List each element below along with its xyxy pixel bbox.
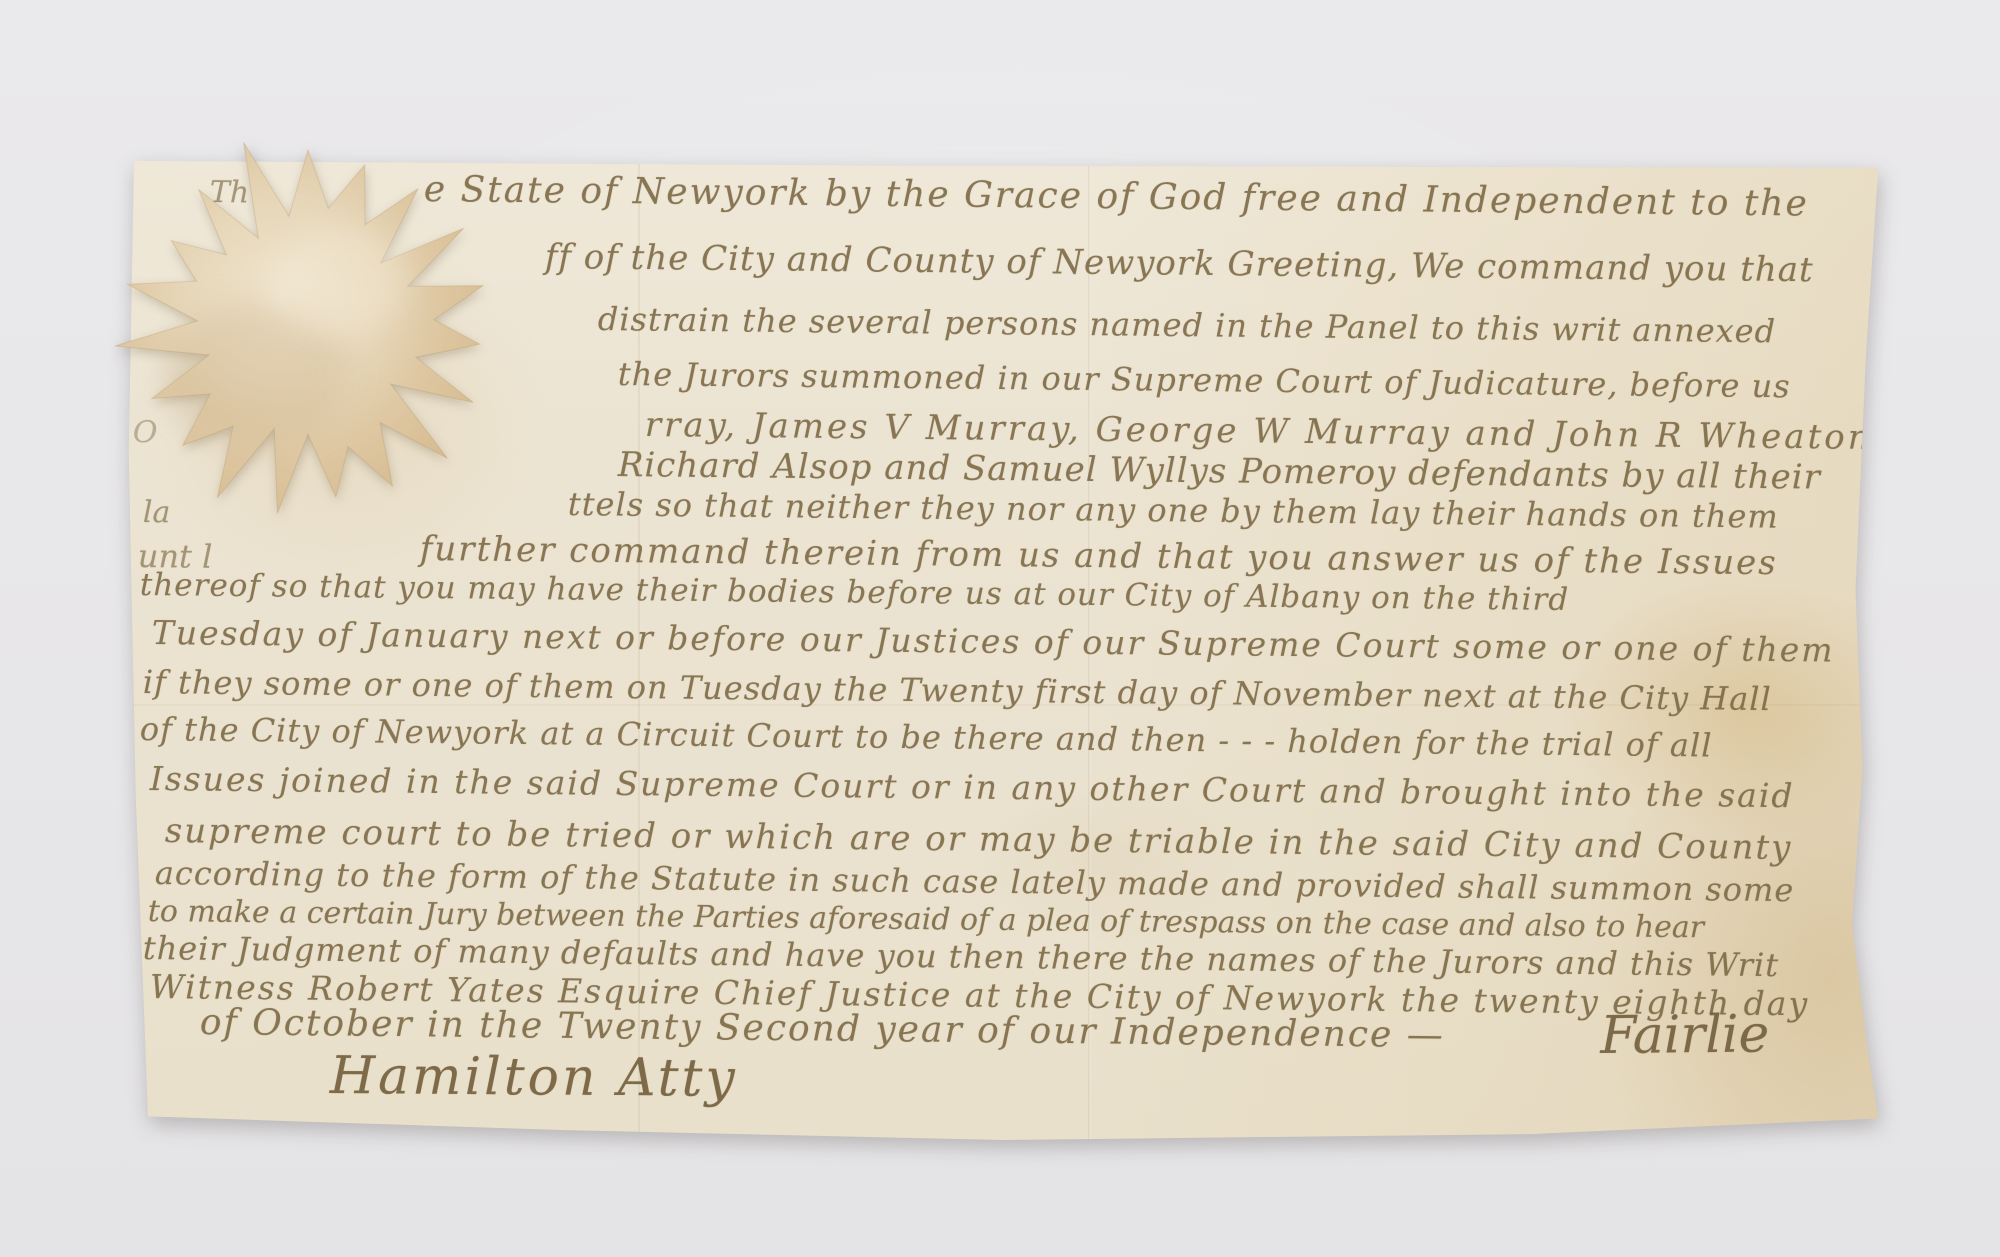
handwritten-line: the Jurors summoned in our Supreme Court… <box>618 358 1791 402</box>
handwritten-line: if they some or one of them on Tuesday t… <box>143 666 1772 715</box>
handwritten-line: e State of Newyork by the Grace of God f… <box>424 172 1809 223</box>
handwritten-line: Tuesday of January next or before our Ju… <box>152 616 1835 667</box>
handwritten-line: Issues joined in the said Supreme Court … <box>150 762 1795 812</box>
wafer-seal-icon <box>108 112 512 548</box>
handwritten-line: ff of the City and County of Newyork Gre… <box>545 240 1814 287</box>
photo-background: Th e State of Newyork by the Grace of Go… <box>0 0 2000 1257</box>
handwritten-line: distrain the several persons named in th… <box>598 303 1777 347</box>
signature-hamilton: Hamilton Atty <box>330 1050 738 1105</box>
signature-fairlie: Fairlie <box>1600 1009 1770 1062</box>
handwritten-line: of the City of Newyork at a Circuit Cour… <box>140 713 1713 761</box>
